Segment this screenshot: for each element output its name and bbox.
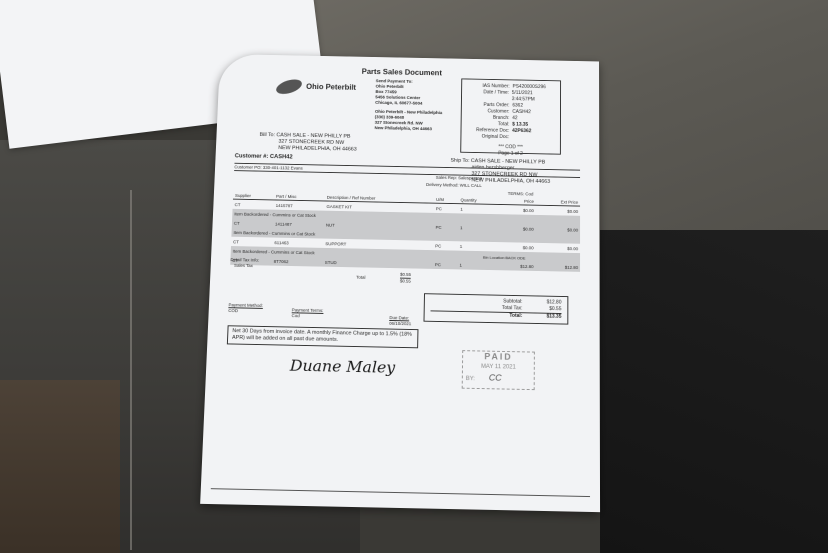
line-items-table: Supplier Part / Misc Description / Ref N… xyxy=(230,192,580,272)
due-date: Due Date: 06/10/2021 xyxy=(389,315,411,327)
sales-rep: Sales Rep: Salesperson xyxy=(436,175,482,181)
info-row: Original Doc: xyxy=(465,134,556,142)
parts-sales-document: Parts Sales Document Ohio Peterbilt Send… xyxy=(200,54,600,512)
tax-info: Detail Tax Info: Sales Tax xyxy=(230,257,259,269)
document-title: Parts Sales Document xyxy=(362,68,442,78)
document-info-box: IAS Number:PS420000S296 Date / Time:5/11… xyxy=(460,78,561,154)
bill-to-address: Bill To: CASH SALE - NEW PHILLY PB 327 S… xyxy=(259,132,357,153)
dark-leather-seat xyxy=(600,230,828,553)
seat-seam xyxy=(10,190,132,550)
terms: TERMS: Cod xyxy=(508,191,534,196)
payment-terms: Payment Terms: Cod xyxy=(291,308,323,320)
customer-number: Customer #: CASH42 xyxy=(235,154,293,161)
brand-name: Ohio Peterbilt xyxy=(306,83,356,91)
totals-box: Subtotal:$12.80 Total Tax:$0.55 Total:$1… xyxy=(423,293,568,324)
location-line: New Philadelphia, OH 44663 xyxy=(374,125,460,132)
brand-logo: Ohio Peterbilt xyxy=(276,80,357,94)
paid-stamp: PAID MAY 11 2021 BY:CC xyxy=(462,350,535,390)
finance-charge-note: Net 30 Days from invoice date. A monthly… xyxy=(227,325,419,348)
payment-method: Payment Method: COD xyxy=(228,302,263,314)
customer-signature: Duane Maley xyxy=(290,356,396,376)
page-label: Page 1 of 2 xyxy=(465,150,556,158)
remit-address: Send Payment To: Ohio Peterbilt Box 7745… xyxy=(374,79,461,133)
peterbilt-oval-icon xyxy=(274,77,303,97)
delivery-method: Delivery Method: WILL CALL xyxy=(426,182,482,188)
bin-location: Bin Location:BACK ODE xyxy=(483,255,526,261)
page-bottom-rule xyxy=(211,488,590,497)
tax-total: Total $0.55 $0.55 xyxy=(356,275,365,280)
